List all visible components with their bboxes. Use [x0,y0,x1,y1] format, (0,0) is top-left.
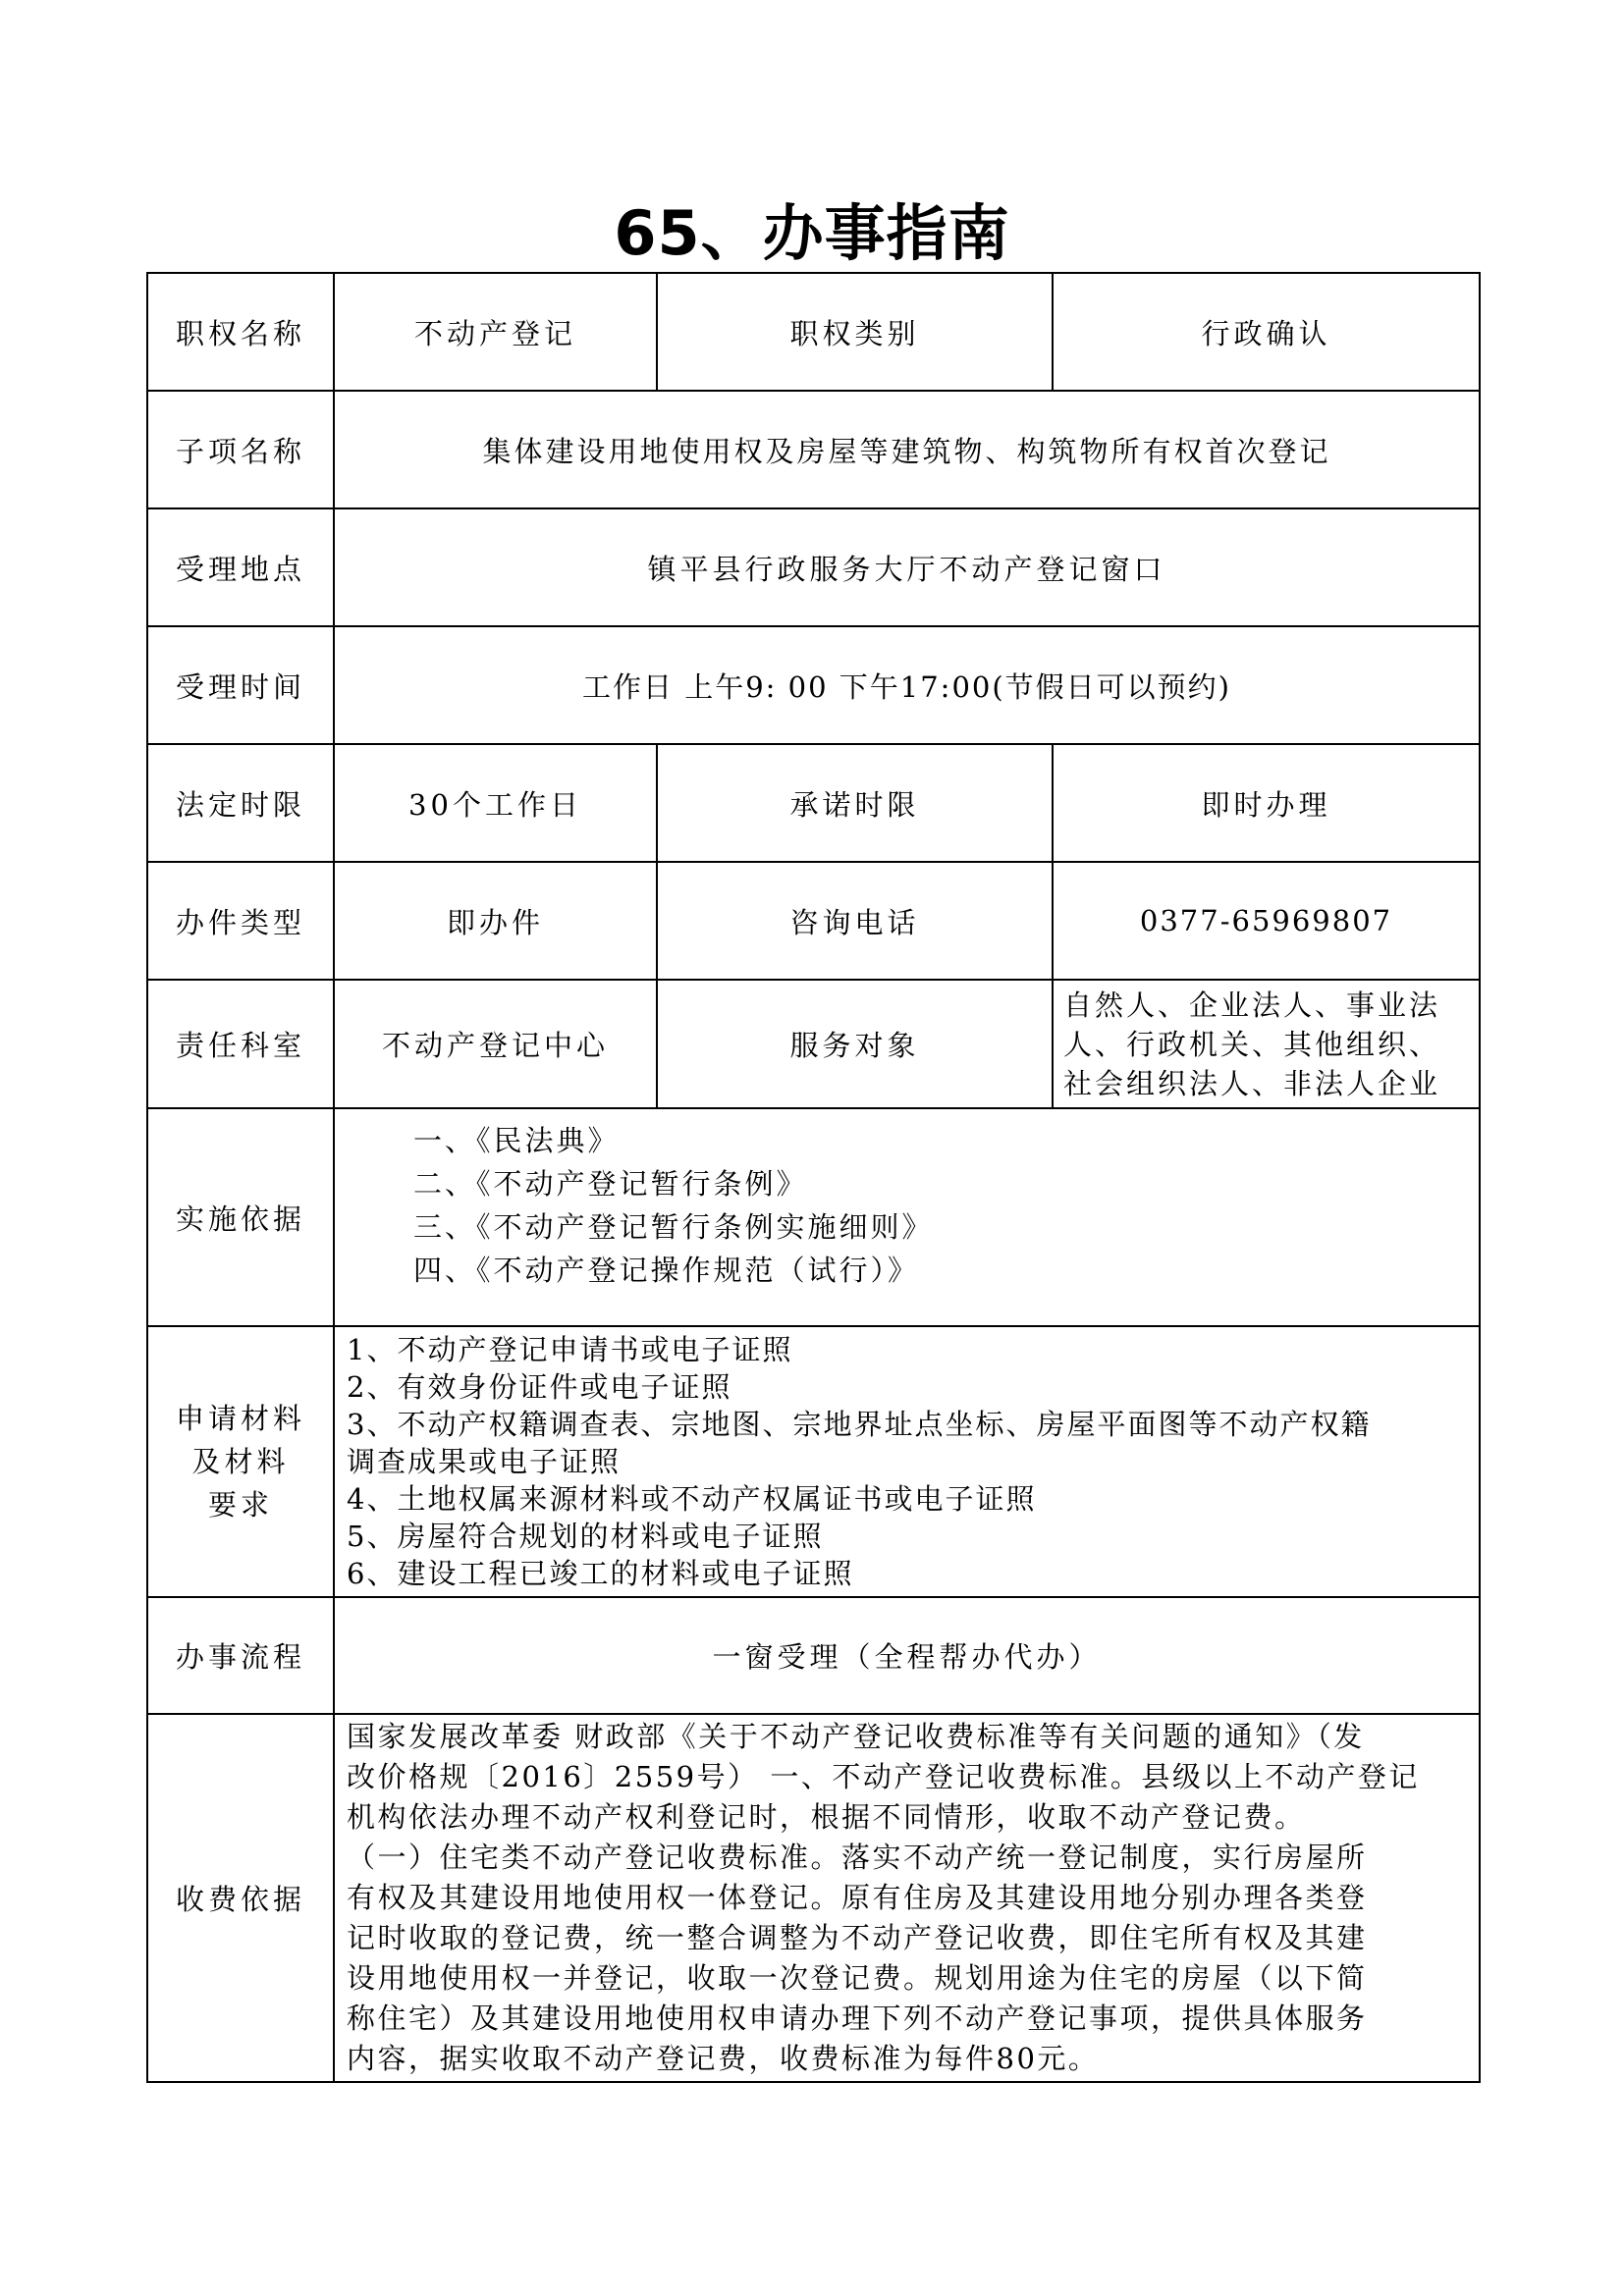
legal-basis-label: 实施依据 [147,1108,334,1326]
sub-item-label: 子项名称 [147,391,334,508]
materials-item: 调查成果或电子证照 [347,1443,1467,1480]
service-target-line: 社会组织法人、非法人企业 [1063,1064,1469,1103]
fee-basis-line: （一）住宅类不动产登记收费标准。落实不动产统一登记制度，实行房屋所 [347,1838,1467,1878]
row-department: 责任科室 不动产登记中心 服务对象 自然人、企业法人、事业法 人、行政机关、其他… [147,980,1480,1108]
row-legal-basis: 实施依据 一、《民法典》 二、《不动产登记暂行条例》 三、《不动产登记暂行条例实… [147,1108,1480,1326]
legal-basis-list: 一、《民法典》 二、《不动产登记暂行条例》 三、《不动产登记暂行条例实施细则》 … [334,1108,1480,1326]
materials-label: 申请材料 及材料 要求 [147,1326,334,1597]
row-authority: 职权名称 不动产登记 职权类别 行政确认 [147,273,1480,391]
fee-basis-line: 设用地使用权一并登记，收取一次登记费。规划用途为住宅的房屋（以下简 [347,1958,1467,1999]
authority-type-value: 行政确认 [1053,273,1480,391]
fee-basis-line: 有权及其建设用地使用权一体登记。原有住房及其建设用地分别办理各类登 [347,1878,1467,1918]
authority-type-label: 职权类别 [657,273,1053,391]
row-process: 办事流程 一窗受理（全程帮办代办） [147,1597,1480,1714]
fee-basis-line: 机构依法办理不动产权利登记时，根据不同情形，收取不动产登记费。 [347,1797,1467,1838]
legal-limit-label: 法定时限 [147,744,334,862]
materials-label-line: 及材料 [148,1440,333,1483]
location-value: 镇平县行政服务大厅不动产登记窗口 [334,508,1480,626]
hours-label: 受理时间 [147,626,334,744]
materials-item: 2、有效身份证件或电子证照 [347,1368,1467,1406]
process-value: 一窗受理（全程帮办代办） [334,1597,1480,1714]
process-label: 办事流程 [147,1597,334,1714]
legal-basis-item: 三、《不动产登记暂行条例实施细则》 [413,1205,1479,1249]
location-label: 受理地点 [147,508,334,626]
row-sub-item: 子项名称 集体建设用地使用权及房屋等建筑物、构筑物所有权首次登记 [147,391,1480,508]
fee-basis-line: 称住宅）及其建设用地使用权申请办理下列不动产登记事项，提供具体服务 [347,1999,1467,2039]
legal-basis-item: 四、《不动产登记操作规范（试行）》 [413,1249,1479,1292]
department-label: 责任科室 [147,980,334,1108]
row-time-limit: 法定时限 30个工作日 承诺时限 即时办理 [147,744,1480,862]
row-hours: 受理时间 工作日 上午9: 00 下午17:00(节假日可以预约) [147,626,1480,744]
department-value: 不动产登记中心 [334,980,657,1108]
phone-label: 咨询电话 [657,862,1053,980]
page-title: 65、办事指南 [0,196,1624,271]
fee-basis-text: 国家发展改革委 财政部《关于不动产登记收费标准等有关问题的通知》（发 改价格规〔… [334,1714,1480,2082]
materials-label-line: 申请材料 [148,1397,333,1440]
legal-basis-item: 一、《民法典》 [413,1119,1479,1162]
materials-item: 6、建设工程已竣工的材料或电子证照 [347,1555,1467,1592]
service-target-label: 服务对象 [657,980,1053,1108]
materials-label-line: 要求 [148,1483,333,1526]
fee-basis-line: 内容，据实收取不动产登记费，收费标准为每件80元。 [347,2039,1467,2079]
service-target-line: 人、行政机关、其他组织、 [1063,1025,1469,1064]
legal-limit-value: 30个工作日 [334,744,657,862]
row-case-type: 办件类型 即办件 咨询电话 0377-65969807 [147,862,1480,980]
fee-basis-label: 收费依据 [147,1714,334,2082]
authority-name-value: 不动产登记 [334,273,657,391]
case-type-label: 办件类型 [147,862,334,980]
fee-basis-line: 记时收取的登记费，统一整合调整为不动产登记收费，即住宅所有权及其建 [347,1918,1467,1958]
phone-value: 0377-65969807 [1053,862,1480,980]
legal-basis-item: 二、《不动产登记暂行条例》 [413,1162,1479,1205]
row-fee-basis: 收费依据 国家发展改革委 财政部《关于不动产登记收费标准等有关问题的通知》（发 … [147,1714,1480,2082]
service-guide-table: 职权名称 不动产登记 职权类别 行政确认 子项名称 集体建设用地使用权及房屋等建… [146,272,1481,2083]
promised-limit-value: 即时办理 [1053,744,1480,862]
fee-basis-line: 改价格规〔2016〕2559号） 一、不动产登记收费标准。县级以上不动产登记 [347,1757,1467,1797]
service-target-value: 自然人、企业法人、事业法 人、行政机关、其他组织、 社会组织法人、非法人企业 [1053,980,1480,1108]
materials-item: 5、房屋符合规划的材料或电子证照 [347,1518,1467,1555]
authority-name-label: 职权名称 [147,273,334,391]
promised-limit-label: 承诺时限 [657,744,1053,862]
materials-item: 3、不动产权籍调查表、宗地图、宗地界址点坐标、房屋平面图等不动产权籍 [347,1406,1467,1443]
materials-list: 1、不动产登记申请书或电子证照 2、有效身份证件或电子证照 3、不动产权籍调查表… [334,1326,1480,1597]
materials-item: 4、土地权属来源材料或不动产权属证书或电子证照 [347,1480,1467,1518]
row-materials: 申请材料 及材料 要求 1、不动产登记申请书或电子证照 2、有效身份证件或电子证… [147,1326,1480,1597]
service-target-line: 自然人、企业法人、事业法 [1063,986,1469,1025]
case-type-value: 即办件 [334,862,657,980]
row-location: 受理地点 镇平县行政服务大厅不动产登记窗口 [147,508,1480,626]
materials-item: 1、不动产登记申请书或电子证照 [347,1331,1467,1368]
hours-value: 工作日 上午9: 00 下午17:00(节假日可以预约) [334,626,1480,744]
sub-item-value: 集体建设用地使用权及房屋等建筑物、构筑物所有权首次登记 [334,391,1480,508]
fee-basis-line: 国家发展改革委 财政部《关于不动产登记收费标准等有关问题的通知》（发 [347,1717,1467,1757]
